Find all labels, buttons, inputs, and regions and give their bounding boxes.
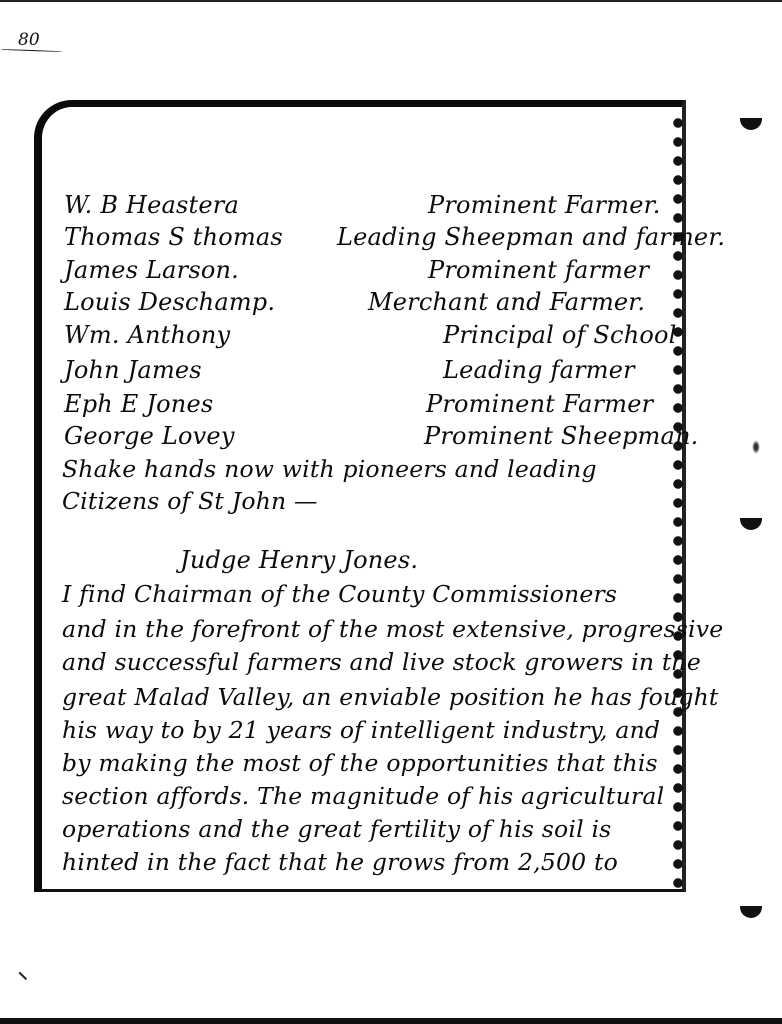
- roster-name: James Larson.: [64, 258, 239, 282]
- roster-role: Prominent Farmer: [426, 392, 653, 416]
- punch-hole-icon: [740, 118, 762, 130]
- roster-role: Prominent farmer: [428, 258, 649, 282]
- scan-speck: [752, 440, 760, 454]
- section-heading: Judge Henry Jones.: [180, 548, 418, 572]
- roster-name: Eph E Jones: [64, 392, 213, 416]
- paragraph-line: and successful farmers and live stock gr…: [62, 651, 701, 675]
- roster-name: Thomas S thomas: [64, 225, 283, 249]
- roster-role: Prominent Sheepman.: [424, 424, 699, 448]
- punch-hole-icon: [740, 518, 762, 530]
- stray-mark: [19, 972, 27, 980]
- roster-name: Louis Deschamp.: [64, 290, 275, 314]
- scan-bottom-edge: [0, 1018, 782, 1024]
- page-number-underline: [0, 49, 62, 52]
- scan-top-edge: [0, 0, 782, 2]
- roster-name: George Lovey: [64, 424, 235, 448]
- paragraph-line: his way to by 21 years of intelligent in…: [62, 719, 660, 743]
- roster-role: Merchant and Farmer.: [368, 290, 645, 314]
- roster-name: John James: [64, 358, 202, 382]
- paragraph-line: hinted in the fact that he grows from 2,…: [62, 851, 618, 875]
- closing-line: Shake hands now with pioneers and leadin…: [62, 458, 597, 482]
- roster-name: W. B Heastera: [64, 193, 239, 217]
- page-number: 80: [18, 30, 40, 50]
- paragraph-line: and in the forefront of the most extensi…: [62, 618, 723, 642]
- paragraph-line: I find Chairman of the County Commission…: [62, 583, 617, 607]
- closing-line: Citizens of St John —: [62, 490, 318, 514]
- roster-name: Wm. Anthony: [64, 323, 230, 347]
- paragraph-line: by making the most of the opportunities …: [62, 752, 658, 776]
- paragraph-line: operations and the great fertility of hi…: [62, 818, 611, 842]
- roster-role: Prominent Farmer.: [428, 193, 661, 217]
- roster-role: Principal of School: [443, 323, 677, 347]
- roster-role: Leading farmer: [443, 358, 635, 382]
- roster-role: Leading Sheepman and farmer.: [337, 225, 725, 249]
- paragraph-line: great Malad Valley, an enviable position…: [62, 686, 719, 710]
- punch-hole-icon: [740, 906, 762, 918]
- paragraph-line: section affords. The magnitude of his ag…: [62, 785, 664, 809]
